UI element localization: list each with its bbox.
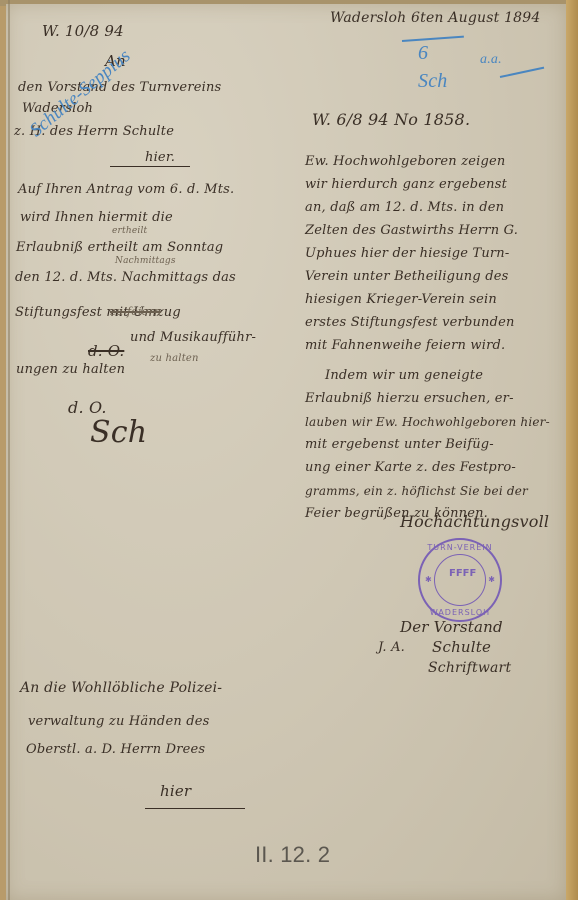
stamp-top-text: TURN-VEREIN [420, 543, 500, 552]
reply-line: den 12. d. Mts. Nachmittags das [15, 270, 236, 285]
recipient-line: verwaltung zu Händen des [28, 714, 210, 729]
pencil-insertion: ertheilt [112, 226, 147, 236]
blue-mark: a.a. [480, 52, 502, 68]
recipient-line: Oberstl. a. D. Herrn Drees [26, 742, 205, 757]
body-line: hiesigen Krieger-Verein sein [305, 288, 567, 312]
reply-line: Auf Ihren Antrag vom 6. d. Mts. [18, 182, 234, 197]
body-line: Zelten des Gastwirths Herrn G. [305, 219, 567, 243]
body-line: mit ergebenst unter Beifüg- [305, 433, 567, 457]
body-line: Verein unter Betheiligung des [305, 265, 567, 289]
blue-mark: Sch [418, 70, 447, 93]
turner-cross-emblem-icon: FFFF [449, 568, 471, 592]
signature-title: Schriftwart [428, 660, 511, 676]
pencil-insertion: Nachmittags [115, 256, 176, 266]
dateline: Wadersloh 6ten August 1894 [330, 10, 541, 26]
address-line: hier. [145, 150, 175, 165]
blue-mark: 6 [418, 42, 428, 65]
stamp-star-icon: ✱ [488, 575, 495, 584]
reply-line: ungen zu halten [16, 362, 125, 377]
address-line: den Vorstand des Turnvereins [18, 80, 221, 95]
signature-prefix: J. A. [378, 640, 405, 655]
reply-line: und Musikaufführ- [130, 330, 256, 345]
body-line: ung einer Karte z. des Festpro- [305, 456, 567, 480]
reference-number: W. 10/8 94 [42, 22, 124, 40]
recipient-line: An die Wohllöbliche Polizei- [20, 680, 222, 696]
body-line: erstes Stiftungsfest verbunden [305, 311, 567, 335]
reply-line: Erlaubniß ertheilt am Sonntag [16, 240, 223, 255]
stamp-bottom-text: WADERSLOH [420, 608, 500, 617]
body-line: Erlaubniß hierzu ersuchen, er- [305, 387, 567, 411]
closing: Hochachtungsvoll [400, 512, 549, 531]
struck-words: d. O. [88, 342, 124, 360]
body-line: gramms, ein z. höflichst Sie bei der [305, 479, 567, 503]
signature-role: Der Vorstand [400, 618, 503, 636]
body-line: Ew. Hochwohlgeboren zeigen [305, 150, 567, 174]
pencil-insertion: zu halten [150, 353, 199, 364]
stamp-star-icon: ✱ [425, 575, 432, 584]
body-line: mit Fahnenweihe feiern wird. [305, 334, 567, 358]
struck-words: zu feiern [110, 305, 161, 318]
reply-line: wird Ihnen hiermit die [20, 210, 173, 225]
stamp-inner-ring: FFFF [434, 554, 486, 606]
body-line: wir hierdurch ganz ergebenst [305, 173, 567, 197]
recipient-line: hier [160, 782, 191, 800]
page-right-edge [566, 0, 578, 900]
body-line: Uphues hier der hiesige Turn- [305, 242, 567, 266]
flourish-line [110, 166, 190, 167]
body-line: an, daß am 12. d. Mts. in den [305, 196, 567, 220]
flourish-line [145, 808, 245, 809]
body-line: lauben wir Ew. Hochwohlgeboren hier- [305, 410, 567, 434]
initial-mark: Sch [90, 415, 147, 450]
archive-pencil-number: II. 12. 2 [255, 842, 330, 868]
body-line: Indem wir um geneigte [325, 364, 578, 388]
signature-name: Schulte [432, 638, 491, 656]
binding-line [8, 0, 10, 900]
registry-number: W. 6/8 94 No 1858. [312, 110, 470, 129]
club-stamp: TURN-VEREIN ✱ ✱ FFFF WADERSLOH [418, 538, 502, 622]
